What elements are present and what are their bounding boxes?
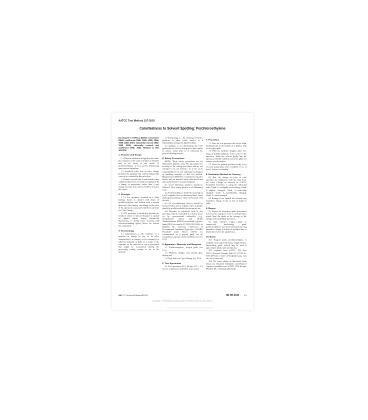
body-paragraph: 8.2 Ratings of the spotted area include … <box>206 197 247 205</box>
foreword-paragraph: Developed in 1978 by AATCC Committee RA4… <box>119 137 160 152</box>
footer-page-number: 45 <box>244 294 246 297</box>
column-left: Developed in 1978 by AATCC Committee RA4… <box>119 137 160 289</box>
body-paragraph: 7.3 Allow the spotted specimen to dry in… <box>206 163 247 171</box>
column-right: 7. Procedure7.1 Place the test specimen … <box>206 137 247 289</box>
section-heading: 1. Purpose and Scope <box>119 154 160 157</box>
body-paragraph: 5.3 Gray Scale for Color Change (see 10.… <box>162 257 203 260</box>
copyright-line: Copyright © 2010 American Association of… <box>112 300 253 302</box>
footer-method-ref: TM 157-2010 <box>226 294 239 297</box>
body-paragraph: 5.2 Medicine dropper and smooth glass st… <box>162 252 203 257</box>
body-paragraph: 4.3 An eyewash/safety shower should be l… <box>162 202 203 210</box>
method-number-line: AATCC Test Method 157-2010 <box>112 113 253 122</box>
section-heading: 10. Notes <box>206 235 247 238</box>
body-paragraph: 10.3 The latest edition of Threshold Lim… <box>206 260 247 270</box>
body-paragraph: 2.1 A test specimen, mounted on a white … <box>119 196 160 211</box>
body-paragraph: 1.1 This test method is designed to dete… <box>119 157 160 170</box>
document-canvas: AATCC Test Method 157-2010 Colorfastness… <box>0 0 368 420</box>
body-paragraph: 9.1 Report the numerical grade determine… <box>206 210 247 220</box>
body-paragraph: 8.1 Rate the change in color of each spe… <box>206 176 247 197</box>
column-middle: 3.2 drycleaning, n.—the cleaning of fabr… <box>162 137 203 289</box>
page-content: AATCC Test Method 157-2010 Colorfastness… <box>112 113 253 310</box>
body-paragraph: 3.3 spotting, n.—in drycleaning, the loc… <box>162 144 203 154</box>
footer-manual-title: AATCC Technical Manual/2011 <box>119 294 148 297</box>
body-paragraph: NOTE: These safety precautions are for i… <box>162 160 203 183</box>
body-paragraph: 10.2 Available from AATCC, P.O. Box 1221… <box>206 249 247 259</box>
body-paragraph: 3.1 colorfastness, n.—the resistance of … <box>119 233 160 254</box>
body-paragraph: 9.2 State whether reagent grade or comme… <box>206 221 247 234</box>
section-heading: 6. Test Specimens <box>162 262 203 265</box>
body-paragraph: 4.1 Good laboratory practices should be … <box>162 184 203 192</box>
section-heading: 7. Procedure <box>206 139 247 142</box>
body-paragraph: 7.1 Place the test specimen flat on the … <box>206 142 247 150</box>
body-columns: Developed in 1978 by AATCC Committee RA4… <box>112 131 253 289</box>
body-paragraph: 4.2 Perchloroethylene should be used onl… <box>162 192 203 202</box>
section-heading: 5. Apparatus, Materials and Reagents <box>162 243 203 246</box>
section-heading: 4. Safety Precautions <box>162 157 203 160</box>
body-paragraph: 7.2 With the medicine dropper, place fiv… <box>206 150 247 163</box>
section-heading: 3. Terminology <box>119 229 160 232</box>
body-paragraph: 4.4 Exposure to chemicals used in this p… <box>162 210 203 241</box>
body-paragraph: 3.2 drycleaning, n.—the cleaning of fabr… <box>162 137 203 145</box>
body-paragraph: 10.1 Reagent grade perchloroethylene is … <box>206 239 247 249</box>
body-paragraph: 1.2 Localized color loss or color change… <box>119 170 160 178</box>
page-footer: AATCC Technical Manual/2011 TM 157-2010 … <box>119 294 247 297</box>
body-paragraph: 6.1 Two specimens 60 × 60 mm (2.5 × 2.5 … <box>162 265 203 270</box>
footer-right-group: TM 157-2010 45 <box>226 294 247 297</box>
scan-artifact-line <box>167 308 213 309</box>
body-paragraph: 5.1 Perchloroethylene, reagent grade (se… <box>162 246 203 251</box>
body-paragraph: 2.2 The procedure is intended to simulat… <box>119 212 160 227</box>
section-heading: 2. Principle <box>119 193 160 196</box>
document-page: AATCC Test Method 157-2010 Colorfastness… <box>112 113 253 310</box>
section-heading: 9. Report <box>206 207 247 210</box>
body-paragraph: 1.3 Fabrics treated with certain finishe… <box>119 178 160 191</box>
section-heading: 8. Evaluation Method for Viewing <box>206 173 247 176</box>
